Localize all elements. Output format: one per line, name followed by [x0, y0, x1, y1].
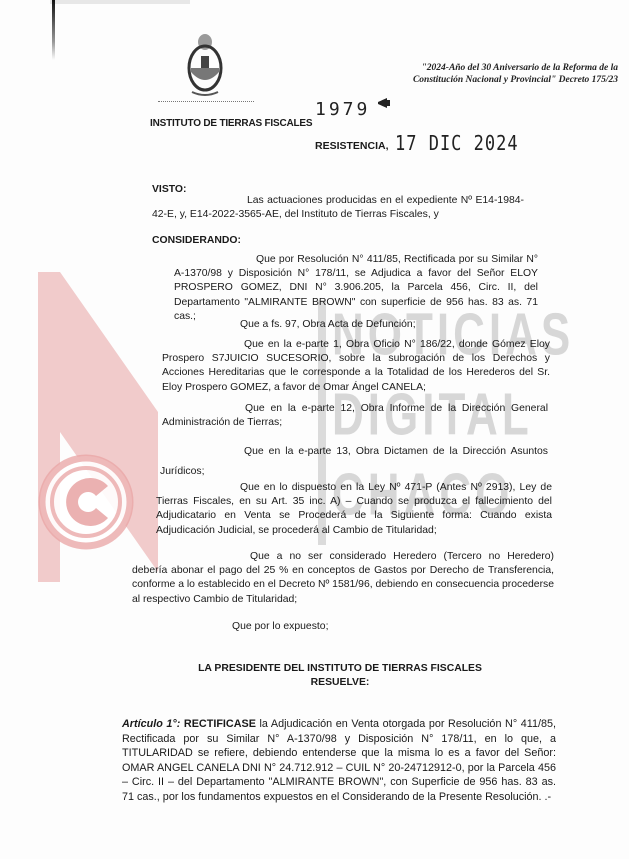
- visto-text: Las actuaciones producidas en el expedie…: [152, 194, 524, 222]
- resuelve-authority: LA PRESIDENTE DEL INSTITUTO DE TIERRAS F…: [120, 662, 560, 676]
- resolution-number: 1979: [315, 99, 370, 120]
- articulo-text: la Adjudicación en Venta otorgada por Re…: [122, 718, 556, 803]
- resolution-date: 17 DIC 2024: [395, 132, 519, 156]
- considerando-paragraph: Que en la e-parte 1, Obra Oficio N° 186/…: [162, 338, 550, 395]
- considerando-paragraph: Que por Resolución N° 411/85, Rectificad…: [174, 253, 538, 324]
- articulo-label: Artículo 1°:: [122, 718, 180, 730]
- year-motto: "2024-Año del 30 Aniversario de la Refor…: [370, 62, 618, 86]
- articulo-keyword: RECTIFICASE: [184, 718, 256, 730]
- considerando-paragraph: Que a no ser considerado Heredero (Terce…: [132, 550, 554, 607]
- motto-line: "2024-Año del 30 Aniversario de la Refor…: [370, 62, 618, 74]
- considerando-paragraph: Que en la e-parte 12, Obra Informe de la…: [162, 402, 548, 430]
- considerando-paragraph: Que en la e-parte 13, Obra Dictamen de l…: [160, 442, 548, 482]
- coat-of-arms-icon: [180, 32, 230, 100]
- stamp-mark-icon: [378, 98, 390, 108]
- considerando-paragraph: Que a fs. 97, Obra Acta de Defunción;: [240, 318, 416, 332]
- seal-caption-line: [158, 101, 254, 104]
- watermark-logo-icon: [38, 272, 158, 582]
- considerando-paragraph: Que por lo expuesto;: [232, 620, 328, 634]
- scan-artifact: [50, 0, 190, 4]
- articulo-1: Artículo 1°: RECTIFICASE la Adjudicación…: [122, 717, 556, 805]
- considerando-paragraph: Que en lo dispuesto en la Ley Nº 471-P (…: [156, 481, 552, 538]
- document-page: NOTICIAS DIGITAL CHACO INSTITUTO DE TIER…: [0, 0, 629, 859]
- scan-edge-mark: [52, 0, 55, 60]
- resuelve-heading: RESUELVE:: [120, 676, 560, 690]
- institute-name: INSTITUTO DE TIERRAS FISCALES: [150, 118, 312, 129]
- motto-line: Constitución Nacional y Provincial" Decr…: [370, 74, 618, 86]
- considerando-heading: CONSIDERANDO:: [152, 234, 241, 248]
- place-label: RESISTENCIA,: [315, 140, 389, 152]
